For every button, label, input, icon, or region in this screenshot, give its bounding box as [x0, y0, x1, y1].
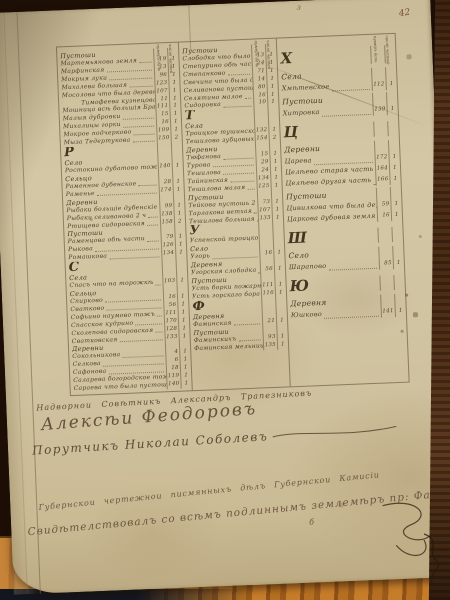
- entry-name: Хитровка: [283, 107, 320, 119]
- entry-count: 1: [180, 380, 191, 388]
- table-row: Ш: [284, 227, 403, 247]
- dot-leader: [122, 112, 153, 120]
- entry-count: 1: [390, 199, 401, 210]
- vertical-column-header: нумеръ дачь: [153, 44, 165, 84]
- entry-page-number: [261, 298, 275, 311]
- dot-leader: [109, 251, 159, 259]
- index-column-right: нумеръ дачь число частей Х Села Хмѣтевск…: [276, 33, 410, 388]
- entry-count: 1: [388, 152, 399, 163]
- index-column-middle: нумеръ дачь число частей Пустоши Слободк…: [178, 38, 290, 392]
- dot-leader: [229, 275, 259, 283]
- entry-name: Фаминская мельница: [194, 342, 263, 353]
- entry-page-number: [373, 121, 388, 137]
- folio-number: 42: [398, 8, 411, 20]
- entry-name: Ф: [192, 301, 205, 313]
- dot-leader: [148, 211, 158, 218]
- entry-count: [394, 294, 405, 306]
- entry-count: 1: [389, 163, 400, 174]
- entry-count: [275, 297, 286, 309]
- dot-leader: [328, 259, 377, 270]
- entry-count: [390, 187, 401, 199]
- entry-count: [392, 246, 403, 258]
- entry-count: 1: [385, 79, 396, 90]
- dot-leader: [220, 45, 250, 53]
- entry-name: Целѣево другая часть: [285, 175, 371, 189]
- dot-leader: [147, 219, 158, 226]
- vertical-column-header: нумеръ дачь: [251, 40, 263, 80]
- dot-leader: [309, 228, 376, 244]
- entry-page-number: 85: [379, 258, 393, 270]
- photo-background: з 42 нумеръ дачь число частей Пустоши Ма…: [0, 0, 450, 600]
- vertical-column-header: число частей: [382, 35, 394, 75]
- dot-leader: [207, 298, 260, 311]
- entry-page-number: [374, 140, 388, 153]
- table-row: Ц: [280, 121, 399, 141]
- entry-count: 1: [277, 341, 288, 349]
- vertical-column-header: нумеръ дачь: [370, 35, 382, 75]
- dot-leader: [223, 152, 254, 160]
- entry-page-number: [378, 246, 392, 259]
- entry-name: Села: [281, 71, 302, 84]
- dot-leader: [129, 80, 153, 87]
- binding-scribble-icon: [418, 530, 448, 592]
- dot-leader: [133, 128, 154, 135]
- dot-leader: [119, 334, 162, 342]
- dot-leader: [157, 310, 162, 317]
- entry-name: Ю: [289, 278, 309, 294]
- dot-leader: [226, 310, 260, 318]
- dot-leader: [322, 141, 372, 153]
- dot-leader: [311, 276, 378, 292]
- entry-name: Х: [280, 49, 293, 67]
- dot-leader: [122, 350, 163, 358]
- entry-name: У: [189, 225, 200, 237]
- entry-count: 1: [391, 210, 402, 221]
- entry-count: [175, 258, 186, 270]
- entry-name: Ц: [283, 125, 298, 141]
- dot-leader: [223, 100, 252, 108]
- pencil-note: з: [296, 2, 302, 12]
- dot-leader: [231, 326, 261, 334]
- entry-name: Царкова дубовая земля: [287, 211, 376, 226]
- entry-count: [171, 142, 182, 154]
- dot-leader: [223, 168, 254, 176]
- dot-leader: [325, 93, 371, 105]
- dot-leader: [304, 68, 370, 81]
- dot-leader: [212, 251, 258, 259]
- dot-leader: [106, 65, 152, 73]
- dot-leader: [230, 175, 255, 182]
- entry-name: Село: [288, 249, 309, 262]
- dot-leader: [247, 183, 255, 190]
- entry-count: [391, 227, 403, 242]
- entry-count: [268, 107, 279, 119]
- manuscript-page: з 42 нумеръ дачь число частей Пустоши Ма…: [0, 0, 450, 595]
- dot-leader: [109, 72, 152, 80]
- dot-leader: [155, 326, 162, 333]
- entry-name: Шарапово: [289, 261, 327, 273]
- entry-page-number: [254, 107, 268, 120]
- entry-page-number: 172: [374, 152, 388, 164]
- entry-count: [272, 222, 283, 234]
- entry-count: [386, 92, 397, 104]
- entry-page-number: 140: [166, 381, 180, 389]
- vertical-column-header: число частей: [263, 40, 275, 80]
- entry-page-number: [157, 143, 171, 156]
- entry-page-number: [372, 92, 386, 105]
- entry-count: [388, 140, 399, 152]
- entry-name: Т: [185, 110, 195, 122]
- dot-leader: [155, 279, 160, 286]
- index-column-left: нумеръ дачь число частей Пустоши Мартемь…: [56, 42, 192, 397]
- entry-count: [393, 275, 405, 290]
- dot-leader: [238, 334, 261, 341]
- dot-leader: [205, 120, 252, 128]
- dot-leader: [135, 318, 162, 325]
- dot-leader: [210, 243, 257, 251]
- dot-leader: [329, 188, 375, 200]
- entry-page-number: [258, 222, 272, 235]
- dot-leader: [139, 57, 152, 64]
- dot-leader: [138, 179, 156, 186]
- dot-leader: [224, 259, 258, 267]
- entry-page-number: 166: [375, 174, 389, 186]
- dot-leader: [254, 207, 256, 213]
- entry-page-number: [377, 227, 392, 243]
- entry-page-number: 164: [375, 163, 389, 175]
- dot-leader: [225, 191, 255, 199]
- dot-leader: [328, 295, 378, 307]
- vertical-column-header: число частей: [165, 44, 177, 84]
- entry-count: 1: [395, 306, 406, 317]
- dot-leader: [197, 108, 252, 121]
- dot-leader: [324, 307, 379, 319]
- dot-leader: [245, 92, 252, 99]
- entry-count: 1: [386, 104, 397, 115]
- index-table: нумеръ дачь число частей Пустоши Мартемь…: [56, 33, 410, 396]
- dot-leader: [202, 223, 257, 236]
- dot-leader: [123, 120, 154, 128]
- dot-leader: [227, 69, 250, 76]
- entry-name: Р: [64, 147, 75, 159]
- dot-leader: [147, 235, 159, 242]
- dot-leader: [331, 80, 370, 91]
- entry-name: С: [69, 262, 80, 274]
- entry-page-number: 112: [371, 79, 385, 91]
- dot-leader: [219, 144, 253, 152]
- dot-leader: [132, 136, 154, 143]
- entry-page-number: 16: [377, 210, 391, 222]
- signature-flourish-icon: [271, 421, 402, 443]
- entry-count: 1: [389, 174, 400, 185]
- dot-leader: [322, 105, 371, 116]
- entry-page-number: [161, 258, 175, 271]
- entry-name: Ш: [287, 231, 307, 247]
- entry-page-number: [379, 275, 394, 291]
- table-row: Ю: [286, 275, 405, 295]
- attestation-small-letter: б: [309, 517, 314, 526]
- entry-page-number: [376, 187, 390, 200]
- dot-leader: [212, 160, 253, 168]
- entry-page-number: 135: [263, 342, 277, 350]
- entry-name: Хмѣтевское: [282, 82, 330, 95]
- dot-leader: [234, 318, 261, 325]
- entry-page-number: 139: [372, 104, 386, 116]
- entry-page-number: 141: [381, 306, 395, 318]
- entry-page-number: 59: [376, 199, 390, 211]
- dot-leader: [294, 46, 369, 65]
- entry-page-number: [380, 294, 394, 307]
- entry-name: Юшково: [291, 309, 323, 321]
- signature-second-text: Порутчикъ Николаи Соболевъ: [32, 429, 269, 457]
- dot-leader: [311, 247, 377, 260]
- entry-count: 1: [393, 258, 404, 269]
- dot-leader: [300, 122, 372, 138]
- entry-count: [387, 121, 399, 136]
- dot-leader: [313, 153, 372, 165]
